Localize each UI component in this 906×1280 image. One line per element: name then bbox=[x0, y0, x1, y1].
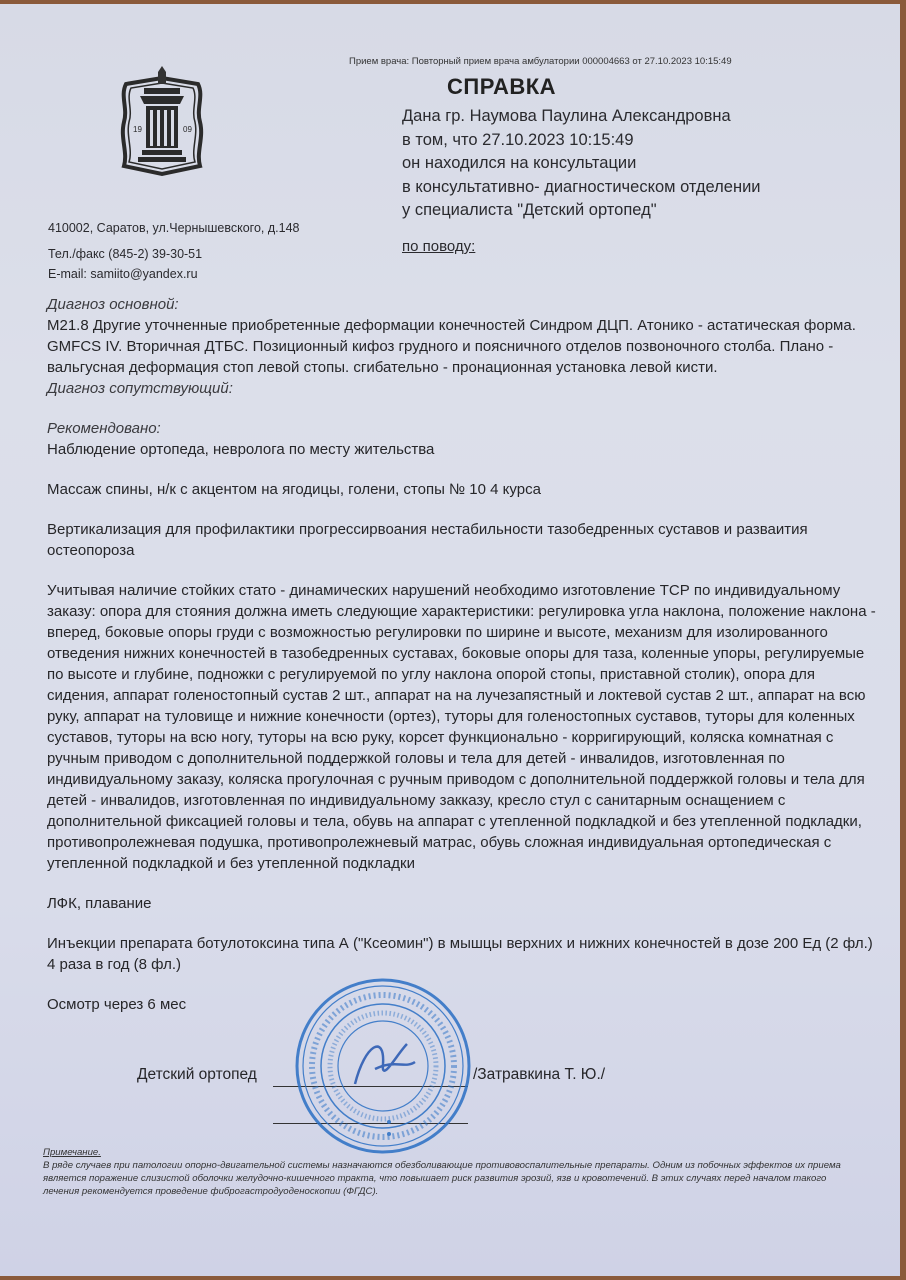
address-street: 410002, Саратов, ул.Чернышевского, д.148 bbox=[48, 218, 300, 238]
diagnosis-main-label: Диагноз основной: bbox=[47, 294, 877, 315]
recommendations-label: Рекомендовано: bbox=[47, 418, 877, 439]
issued-line: в том, что 27.10.2023 10:15:49 bbox=[402, 129, 761, 153]
signature-role: Детский ортопед bbox=[137, 1066, 257, 1084]
recommendation-item: Инъекции препарата ботулотоксина типа А … bbox=[47, 933, 877, 975]
recommendation-item: ЛФК, плавание bbox=[47, 893, 877, 914]
medical-certificate-page: Прием врача: Повторный прием врача амбул… bbox=[0, 4, 900, 1276]
document-body: Диагноз основной: М21.8 Другие уточненны… bbox=[47, 294, 877, 1015]
svg-text:09: 09 bbox=[183, 125, 192, 134]
footnote-text: В ряде случаев при патологии опорно-двиг… bbox=[43, 1159, 863, 1198]
reason-label: по поводу: bbox=[402, 238, 475, 255]
doctor-name: /Затравкина Т. Ю./ bbox=[473, 1066, 605, 1084]
address-email: E-mail: samiito@yandex.ru bbox=[48, 264, 300, 284]
issued-line: в консультативно- диагностическом отделе… bbox=[402, 176, 761, 200]
university-crest-icon: 19 09 bbox=[116, 66, 208, 178]
recommendation-item: Наблюдение ортопеда, невролога по месту … bbox=[47, 439, 877, 460]
document-title: СПРАВКА bbox=[447, 74, 556, 100]
footnote-title: Примечание. bbox=[43, 1146, 863, 1159]
recommendation-item: Учитывая наличие стойких стато - динамич… bbox=[47, 580, 877, 874]
svg-text:19: 19 bbox=[133, 125, 142, 134]
visit-info: Прием врача: Повторный прием врача амбул… bbox=[349, 56, 732, 67]
issued-to-block: Дана гр. Наумова Паулина Александровна в… bbox=[402, 105, 761, 223]
diagnosis-secondary-label: Диагноз сопутствующий: bbox=[47, 378, 877, 399]
address-phone: Тел./факс (845-2) 39-30-51 bbox=[48, 244, 300, 264]
recommendation-item: Вертикализация для профилактики прогресс… bbox=[47, 519, 877, 561]
footnote: Примечание. В ряде случаев при патологии… bbox=[43, 1146, 863, 1198]
issued-line: он находился на консультации bbox=[402, 152, 761, 176]
diagnosis-main-text: М21.8 Другие уточненные приобретенные де… bbox=[47, 315, 877, 378]
clinic-address: 410002, Саратов, ул.Чернышевского, д.148… bbox=[48, 218, 300, 284]
recommendation-item: Массаж спины, н/к с акцентом на ягодицы,… bbox=[47, 479, 877, 500]
issued-line: у специалиста "Детский ортопед" bbox=[402, 199, 761, 223]
round-seal-stamp-icon bbox=[285, 974, 480, 1159]
issued-line: Дана гр. Наумова Паулина Александровна bbox=[402, 105, 761, 129]
